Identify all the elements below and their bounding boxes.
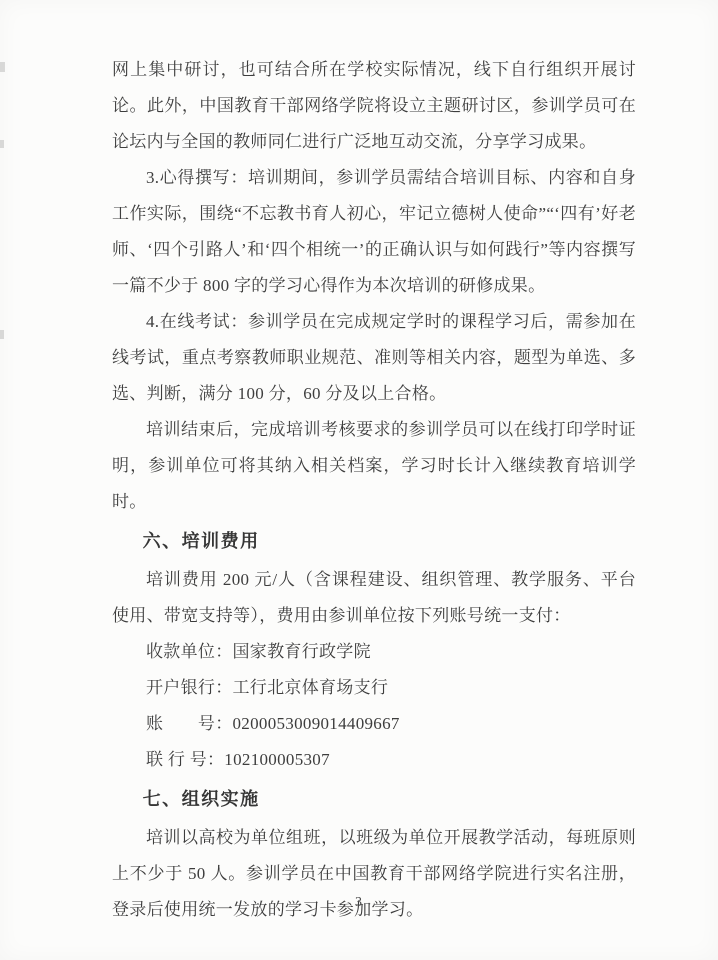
document-body: 网上集中研讨，也可结合所在学校实际情况，线下自行组织开展讨论。此外，中国教育干部… bbox=[112, 52, 636, 928]
page-number: 3 bbox=[0, 895, 718, 911]
line-account-number: 账 号：0200053009014409667 bbox=[112, 706, 636, 742]
paragraph-organization-details: 培训以高校为单位组班，以班级为单位开展教学活动，每班原则上不少于 50 人。参训… bbox=[112, 820, 636, 928]
scan-artifact bbox=[0, 330, 4, 339]
paragraph-reflection-writing: 3.心得撰写：培训期间，参训学员需结合培训目标、内容和自身工作实际，围绕“不忘教… bbox=[112, 160, 636, 304]
heading-training-fee: 六、培训费用 bbox=[112, 523, 636, 559]
scan-artifact bbox=[0, 140, 4, 148]
paragraph-discussion-continued: 网上集中研讨，也可结合所在学校实际情况，线下自行组织开展讨论。此外，中国教育干部… bbox=[112, 52, 636, 160]
line-opening-bank: 开户银行：工行北京体育场支行 bbox=[112, 670, 636, 706]
scan-artifact bbox=[0, 62, 5, 72]
paragraph-online-exam: 4.在线考试：参训学员在完成规定学时的课程学习后，需参加在线考试，重点考察教师职… bbox=[112, 304, 636, 412]
paragraph-fee-details: 培训费用 200 元/人（含课程建设、组织管理、教学服务、平台使用、带宽支持等）… bbox=[112, 562, 636, 634]
line-bank-branch-number: 联 行 号：102100005307 bbox=[112, 742, 636, 778]
heading-organization-implementation: 七、组织实施 bbox=[112, 781, 636, 817]
document-page: 网上集中研讨，也可结合所在学校实际情况，线下自行组织开展讨论。此外，中国教育干部… bbox=[0, 0, 718, 960]
paragraph-completion-certificate: 培训结束后，完成培训考核要求的参训学员可以在线打印学时证明，参训单位可将其纳入相… bbox=[112, 412, 636, 520]
line-payee-unit: 收款单位：国家教育行政学院 bbox=[112, 634, 636, 670]
